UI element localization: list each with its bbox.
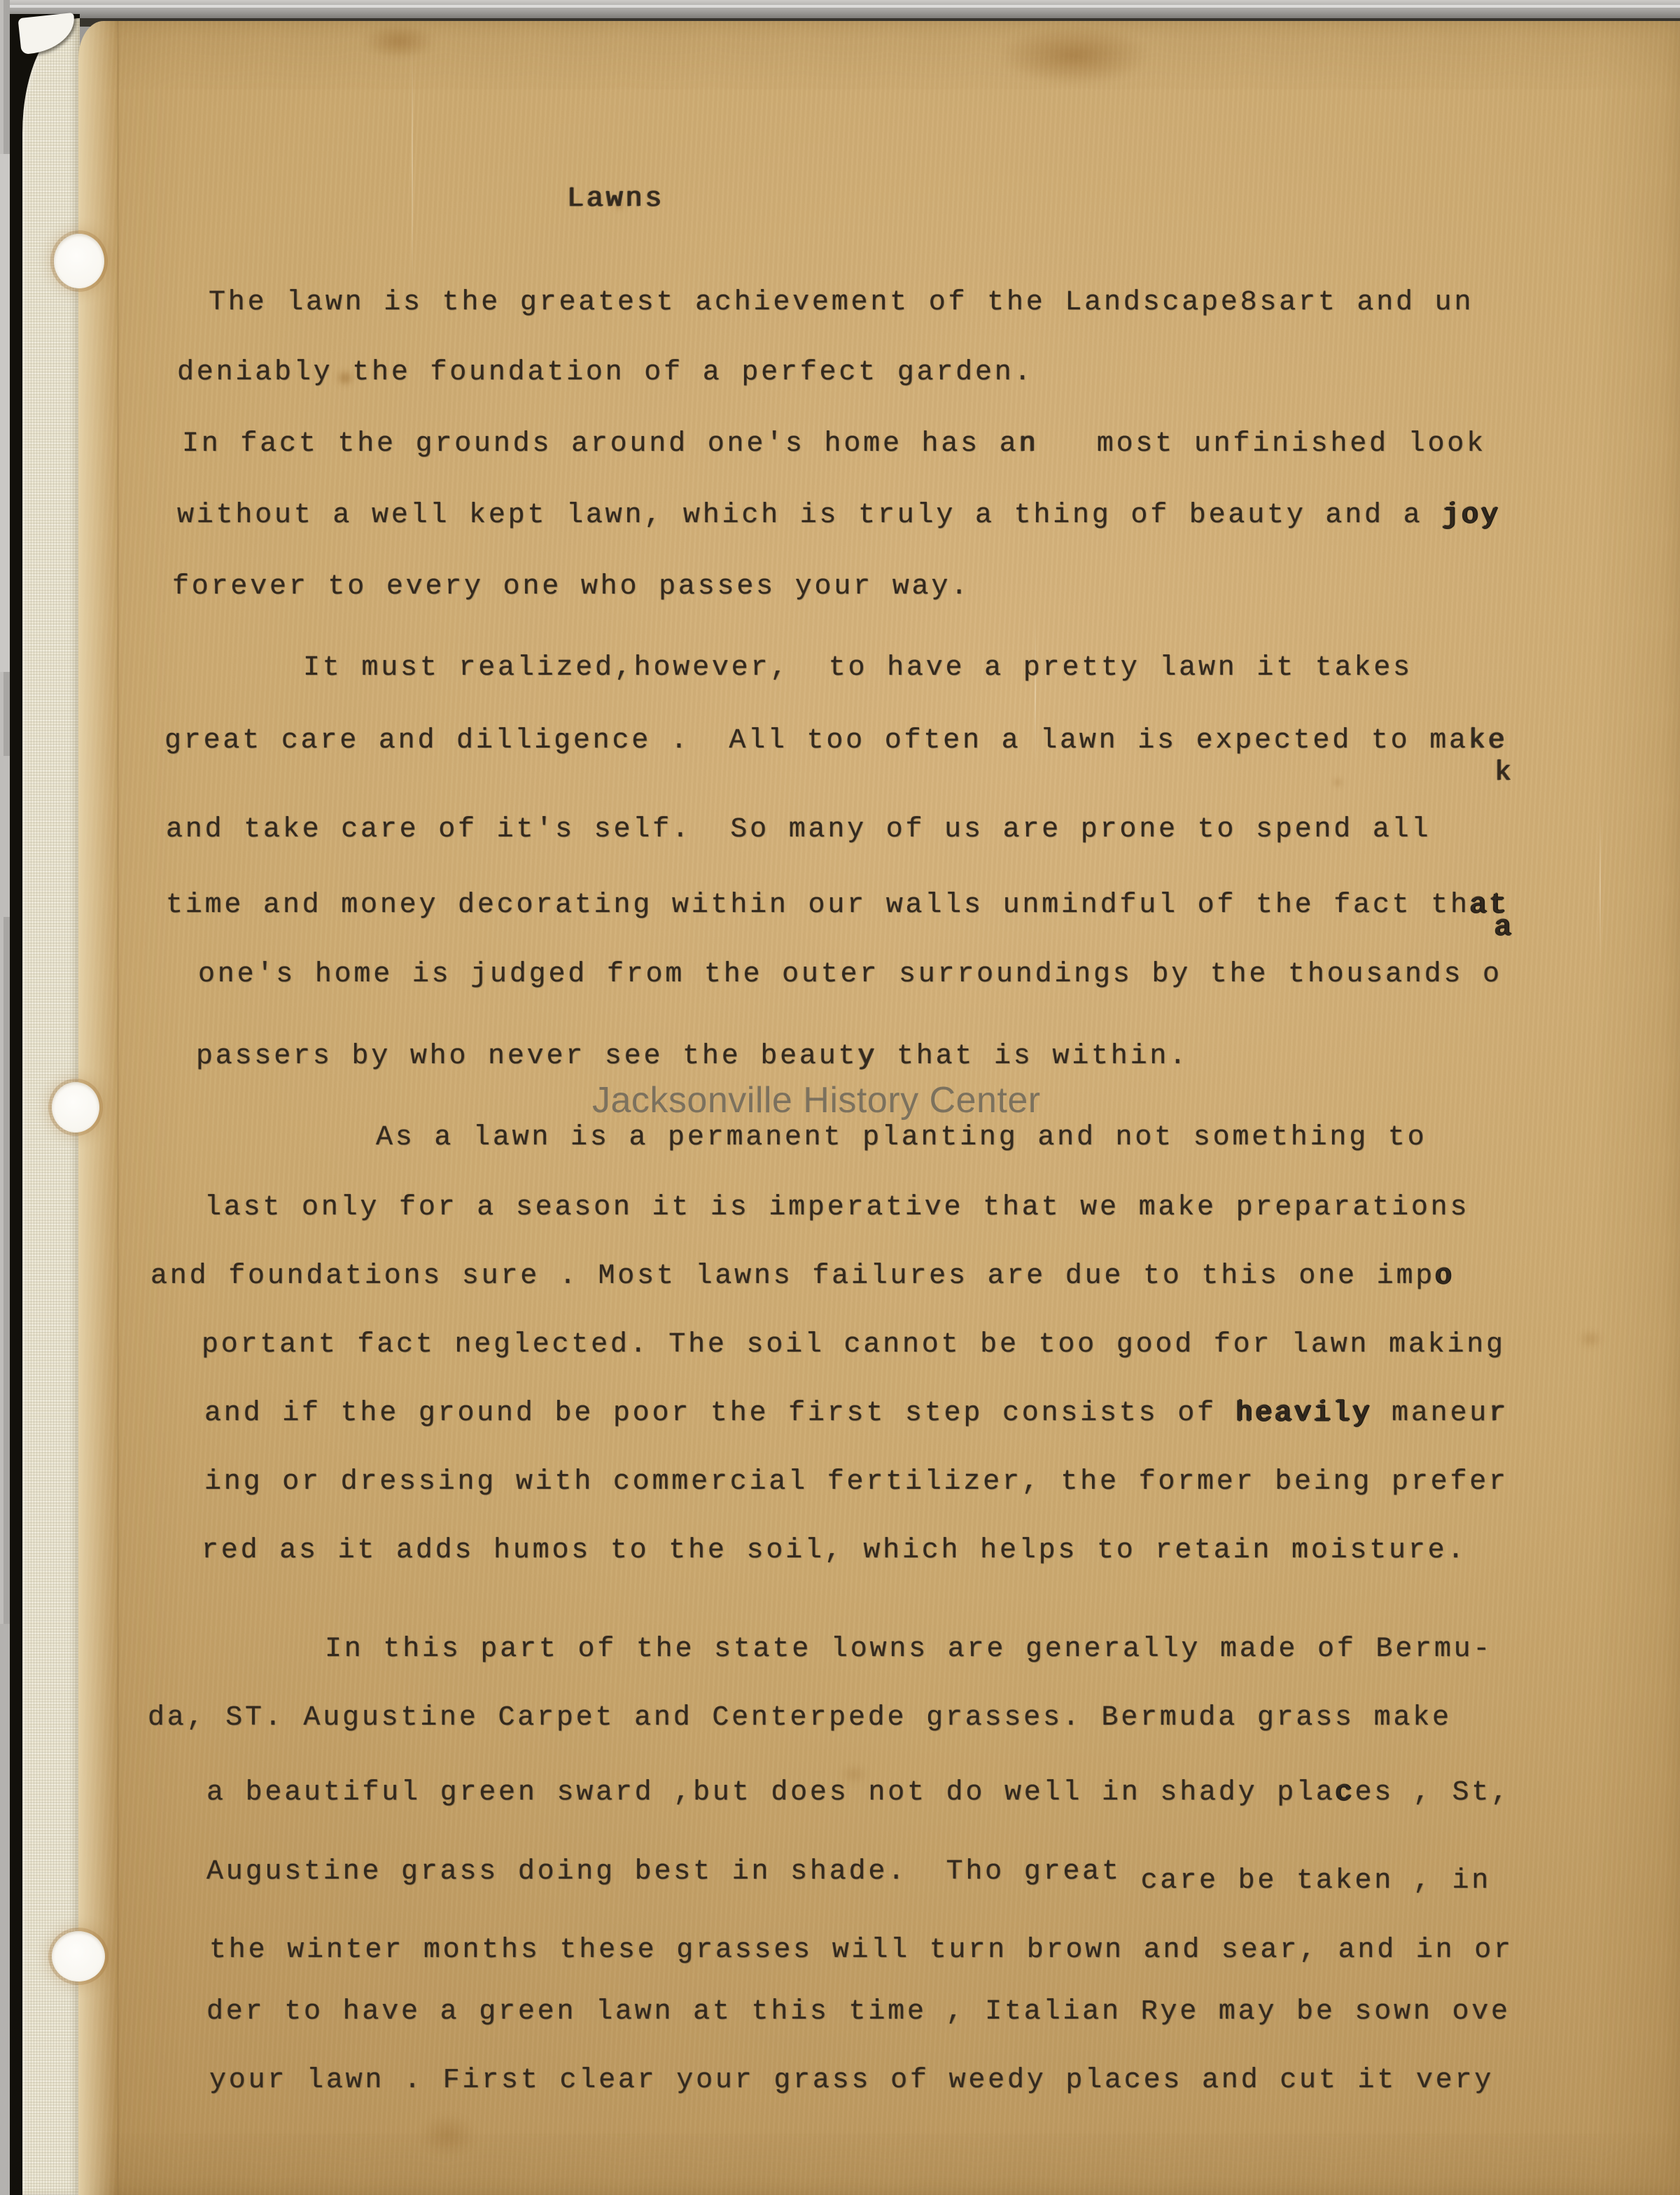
scanner-edge-top bbox=[0, 0, 1680, 18]
typewritten-line: a beautiful green sward ,but does not do… bbox=[206, 1778, 1511, 1809]
typewritten-segment: a bbox=[1494, 912, 1514, 944]
typewritten-segment: red as it adds humos to the soil, which … bbox=[202, 1535, 1466, 1566]
punch-hole bbox=[52, 1931, 105, 1982]
paper-stain bbox=[1333, 778, 1342, 787]
typewritten-segment: c bbox=[1336, 1777, 1355, 1809]
typewritten-segment: that is within. bbox=[877, 1041, 1189, 1072]
typewritten-segment: heavily bbox=[1236, 1398, 1373, 1429]
scanned-document-page: Lawns The lawn is the greatest achieveme… bbox=[0, 0, 1680, 2195]
typewritten-line: In fact the grounds around one's home ha… bbox=[182, 429, 1486, 460]
typewritten-line: deniably the foundation of a perfect gar… bbox=[177, 358, 1033, 388]
punch-hole bbox=[54, 234, 104, 288]
typewritten-segment: r bbox=[1489, 1398, 1508, 1429]
typewritten-line: great care and dilligence . All too ofte… bbox=[164, 726, 1507, 757]
typewritten-segment: and if the ground be poor the first step… bbox=[204, 1398, 1236, 1429]
watermark: Jacksonville History Center bbox=[592, 1079, 1041, 1121]
paper-crease bbox=[412, 39, 413, 291]
typewritten-segment: maneu bbox=[1372, 1398, 1489, 1429]
typewritten-segment: deniably the foundation of a perfect gar… bbox=[177, 357, 1033, 388]
typewritten-segment: time and money decorating within our wal… bbox=[166, 890, 1470, 921]
typewritten-segment: the winter months these grasses will tur… bbox=[209, 1935, 1513, 1966]
typewritten-line: last only for a season it is imperative … bbox=[204, 1193, 1469, 1223]
typewritten-segment: joy bbox=[1442, 500, 1500, 531]
typewritten-line: one's home is judged from the outer surr… bbox=[198, 960, 1502, 990]
typewritten-segment: ke bbox=[1469, 725, 1508, 757]
typewritten-line: forever to every one who passes your way… bbox=[172, 572, 970, 603]
typewritten-segment: es , St, bbox=[1354, 1777, 1510, 1809]
scanner-edge-left bbox=[0, 0, 10, 2195]
scanner-edge-segment bbox=[0, 1624, 10, 2195]
scanner-edge-segment bbox=[0, 154, 10, 672]
typewritten-line: der to have a green lawn at this time , … bbox=[206, 1997, 1511, 2028]
paper-stain bbox=[364, 24, 434, 59]
typewritten-segment: y bbox=[857, 1041, 877, 1072]
typewritten-line: The lawn is the greatest achievement of … bbox=[209, 288, 1473, 318]
typewritten-line: ing or dressing with commercial fertiliz… bbox=[204, 1467, 1508, 1498]
typewritten-segment: n bbox=[1019, 428, 1039, 460]
typewritten-segment: In fact the grounds around one's home ha… bbox=[182, 428, 1019, 460]
typewritten-segment: forever to every one who passes your way… bbox=[172, 571, 970, 603]
typewritten-segment: In this part of the state lowns are gene… bbox=[325, 1634, 1492, 1665]
typewritten-segment: and take care of it's self. So many of u… bbox=[166, 814, 1431, 846]
typewritten-segment: great care and dilligence . All too ofte… bbox=[164, 725, 1469, 757]
typewritten-segment: As a lawn is a permanent planting and no… bbox=[376, 1122, 1427, 1153]
typewritten-segment: der to have a green lawn at this time , … bbox=[206, 1996, 1511, 2028]
typewritten-segment: da, ST. Augustine Carpet and Centerpede … bbox=[148, 1702, 1452, 1734]
typewritten-segment: k bbox=[1494, 757, 1514, 789]
page-title: Lawns bbox=[567, 184, 664, 215]
punch-hole bbox=[52, 1082, 99, 1132]
paper-stain bbox=[1001, 25, 1148, 85]
paper-stain bbox=[1578, 1330, 1602, 1348]
typewritten-line: passers by who never see the beauty that… bbox=[196, 1042, 1189, 1072]
typewritten-segment: care be taken , in bbox=[1141, 1865, 1491, 1897]
stray-correction-k: k bbox=[1494, 758, 1514, 789]
typewritten-segment: Augustine grass doing best in shade. Tho… bbox=[206, 1856, 1141, 1888]
typewritten-segment: ing or dressing with commercial fertiliz… bbox=[204, 1466, 1508, 1498]
typewritten-segment: It must realized,however, to have a pret… bbox=[303, 652, 1413, 684]
typewritten-line: your lawn . First clear your grass of we… bbox=[209, 2066, 1494, 2096]
typewritten-line: and foundations sure . Most lawns failur… bbox=[150, 1261, 1455, 1292]
typewritten-segment: The lawn is the greatest achievement of … bbox=[209, 287, 1473, 318]
typewritten-segment: a beautiful green sward ,but does not do… bbox=[206, 1777, 1336, 1809]
paper-crease bbox=[1599, 812, 1601, 966]
typewritten-line: time and money decorating within our wal… bbox=[166, 890, 1508, 921]
typewritten-line: Augustine grass doing best in shade. Tho… bbox=[206, 1857, 1491, 1888]
typewritten-segment: without a well kept lawn, which is truly… bbox=[177, 500, 1442, 531]
paper-stain bbox=[420, 2114, 476, 2156]
typewritten-segment: portant fact neglected. The soil cannot … bbox=[202, 1329, 1506, 1361]
typewritten-line: without a well kept lawn, which is truly… bbox=[177, 500, 1501, 531]
typewritten-segment: last only for a season it is imperative … bbox=[204, 1192, 1469, 1223]
typewritten-line: In this part of the state lowns are gene… bbox=[325, 1634, 1492, 1665]
typewritten-line: the winter months these grasses will tur… bbox=[209, 1935, 1513, 1966]
typewritten-segment: your lawn . First clear your grass of we… bbox=[209, 2065, 1494, 2096]
typewritten-line: da, ST. Augustine Carpet and Centerpede … bbox=[148, 1703, 1452, 1734]
typewritten-segment: most unfinished look bbox=[1038, 428, 1486, 460]
typewritten-segment: one's home is judged from the outer surr… bbox=[198, 959, 1502, 990]
typewritten-line: and if the ground be poor the first step… bbox=[204, 1398, 1508, 1429]
typewritten-segment: o bbox=[1435, 1261, 1455, 1292]
typewritten-line: red as it adds humos to the soil, which … bbox=[202, 1536, 1466, 1566]
typewritten-line: and take care of it's self. So many of u… bbox=[166, 815, 1431, 846]
stray-correction-a: a bbox=[1494, 913, 1514, 944]
typewritten-line: portant fact neglected. The soil cannot … bbox=[202, 1330, 1506, 1361]
typewritten-segment: and foundations sure . Most lawns failur… bbox=[150, 1261, 1435, 1292]
scanner-edge-segment bbox=[0, 756, 10, 917]
typewritten-segment: passers by who never see the beaut bbox=[196, 1041, 857, 1072]
typewritten-line: It must realized,however, to have a pret… bbox=[303, 653, 1413, 684]
typewritten-line: As a lawn is a permanent planting and no… bbox=[376, 1123, 1427, 1153]
